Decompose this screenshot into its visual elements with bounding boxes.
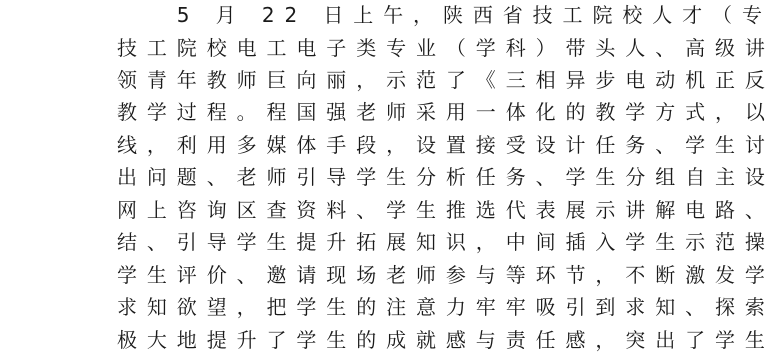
paragraph-line-4: 教学过程。程国强老师采用一体化的教学方式，以任务驱动法为主	[117, 98, 692, 127]
paragraph-line-3: 领青年教师巨向丽，示范了《三相异步电动机正反转控制电路》的	[117, 66, 692, 95]
paragraph-line-8: 结、引导学生提升拓展知识，中间插入学生示范操作、技能比赛、	[117, 228, 692, 257]
paragraph-line-9: 学生评价、邀请现场老师参与等环节，不断激发学生的学习兴趣与	[117, 261, 692, 290]
paragraph-line-2: 技工院校电工电子类专业（学科）带头人、高级讲师程国强老师带	[117, 34, 692, 63]
paragraph-line-5: 线，利用多媒体手段，设置接受设计任务、学生讨论思考、学生提	[117, 131, 692, 160]
paragraph-line-10: 求知欲望，把学生的注意力牢牢吸引到求知、探索、创新的氛围，	[117, 293, 692, 322]
paragraph-line-11: 极大地提升了学生的成就感与责任感，突出了学生在课堂上的主体	[117, 326, 692, 355]
paragraph-line-1: 5 月 22 日上午，陕西省技工院校人才（专家）库专家、陕西省	[117, 1, 692, 30]
paragraph-line-6: 出问题、老师引导学生分析任务、学生分组自主设计电路、学生上	[117, 163, 692, 192]
paragraph-line-7: 网上咨询区查资料、学生推选代表展示讲解电路、老师评价补充总	[117, 196, 692, 225]
